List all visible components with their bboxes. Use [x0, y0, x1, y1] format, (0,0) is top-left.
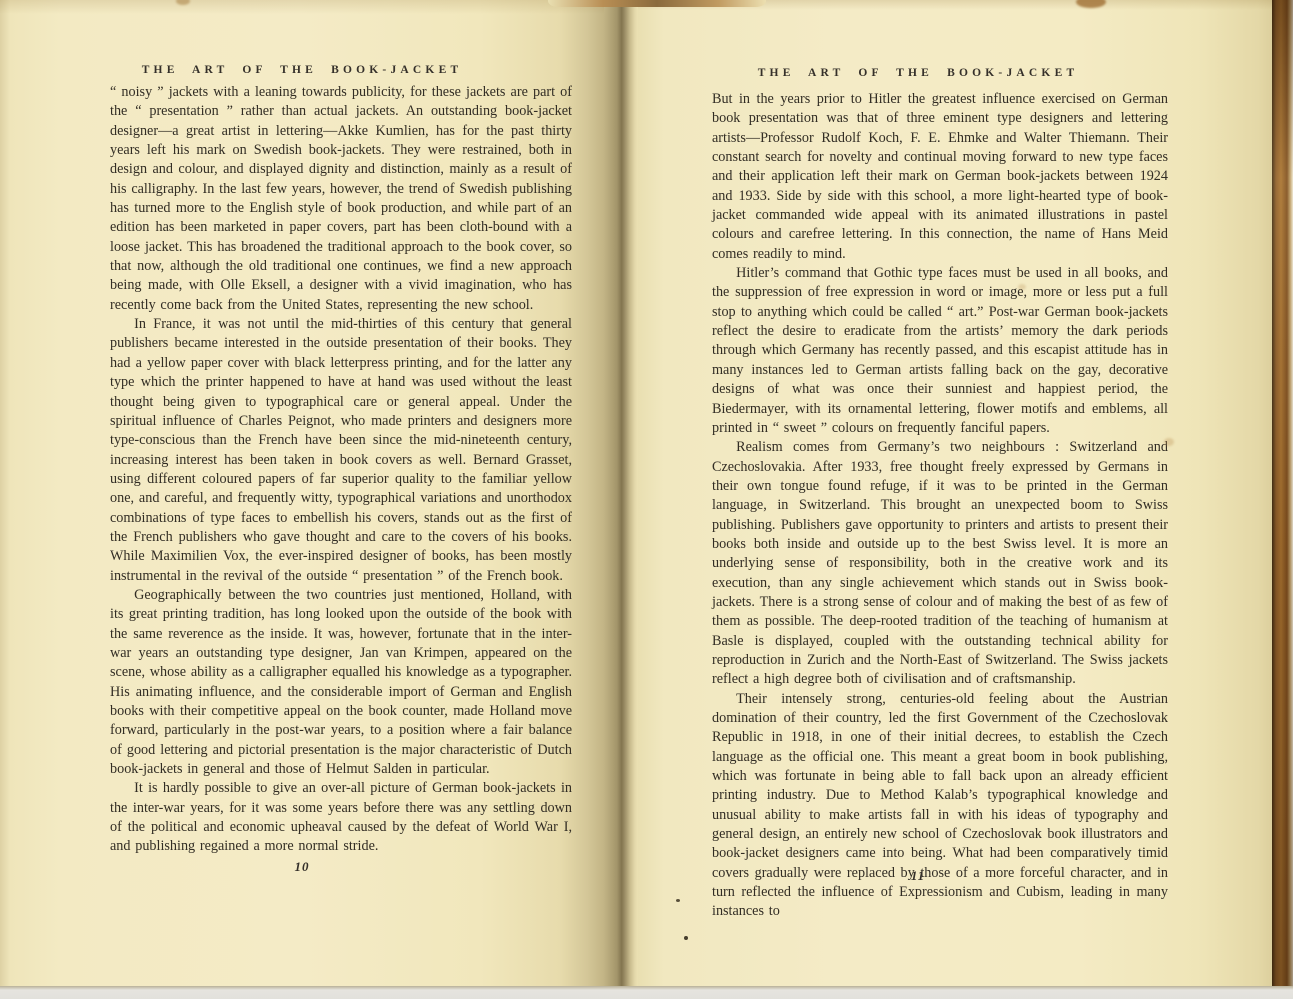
left-page-text-block: “ noisy ” jackets with a leaning towards… — [110, 83, 572, 863]
right-page-text-block: But in the years prior to Hitler the gre… — [712, 90, 1168, 860]
page-number-right: 11 — [638, 868, 1198, 884]
running-header-right: THE ART OF THE BOOK-JACKET — [638, 67, 1198, 79]
body-paragraph: But in the years prior to Hitler the gre… — [712, 90, 1168, 264]
body-paragraph: It is hardly possible to give an over-al… — [110, 779, 572, 856]
scanner-background-strip — [0, 986, 1293, 999]
body-paragraph: Hitler’s command that Gothic type faces … — [712, 264, 1168, 438]
page-number-left: 10 — [0, 859, 604, 875]
running-header-left: THE ART OF THE BOOK-JACKET — [0, 64, 604, 76]
spine-top-edge — [548, 0, 766, 7]
fore-edge-pages — [1272, 0, 1293, 988]
body-paragraph: “ noisy ” jackets with a leaning towards… — [110, 83, 572, 315]
body-paragraph: Their intensely strong, centuries-old fe… — [712, 690, 1168, 922]
gutter-shadow — [604, 0, 638, 988]
body-paragraph: Realism comes from Germany’s two neighbo… — [712, 438, 1168, 689]
left-page: THE ART OF THE BOOK-JACKET “ noisy ” jac… — [0, 0, 604, 988]
book-scan: THE ART OF THE BOOK-JACKET “ noisy ” jac… — [0, 0, 1293, 999]
right-page: THE ART OF THE BOOK-JACKET But in the ye… — [638, 0, 1272, 988]
body-paragraph: Geographically between the two countries… — [110, 586, 572, 779]
body-paragraph: In France, it was not until the mid-thir… — [110, 315, 572, 586]
